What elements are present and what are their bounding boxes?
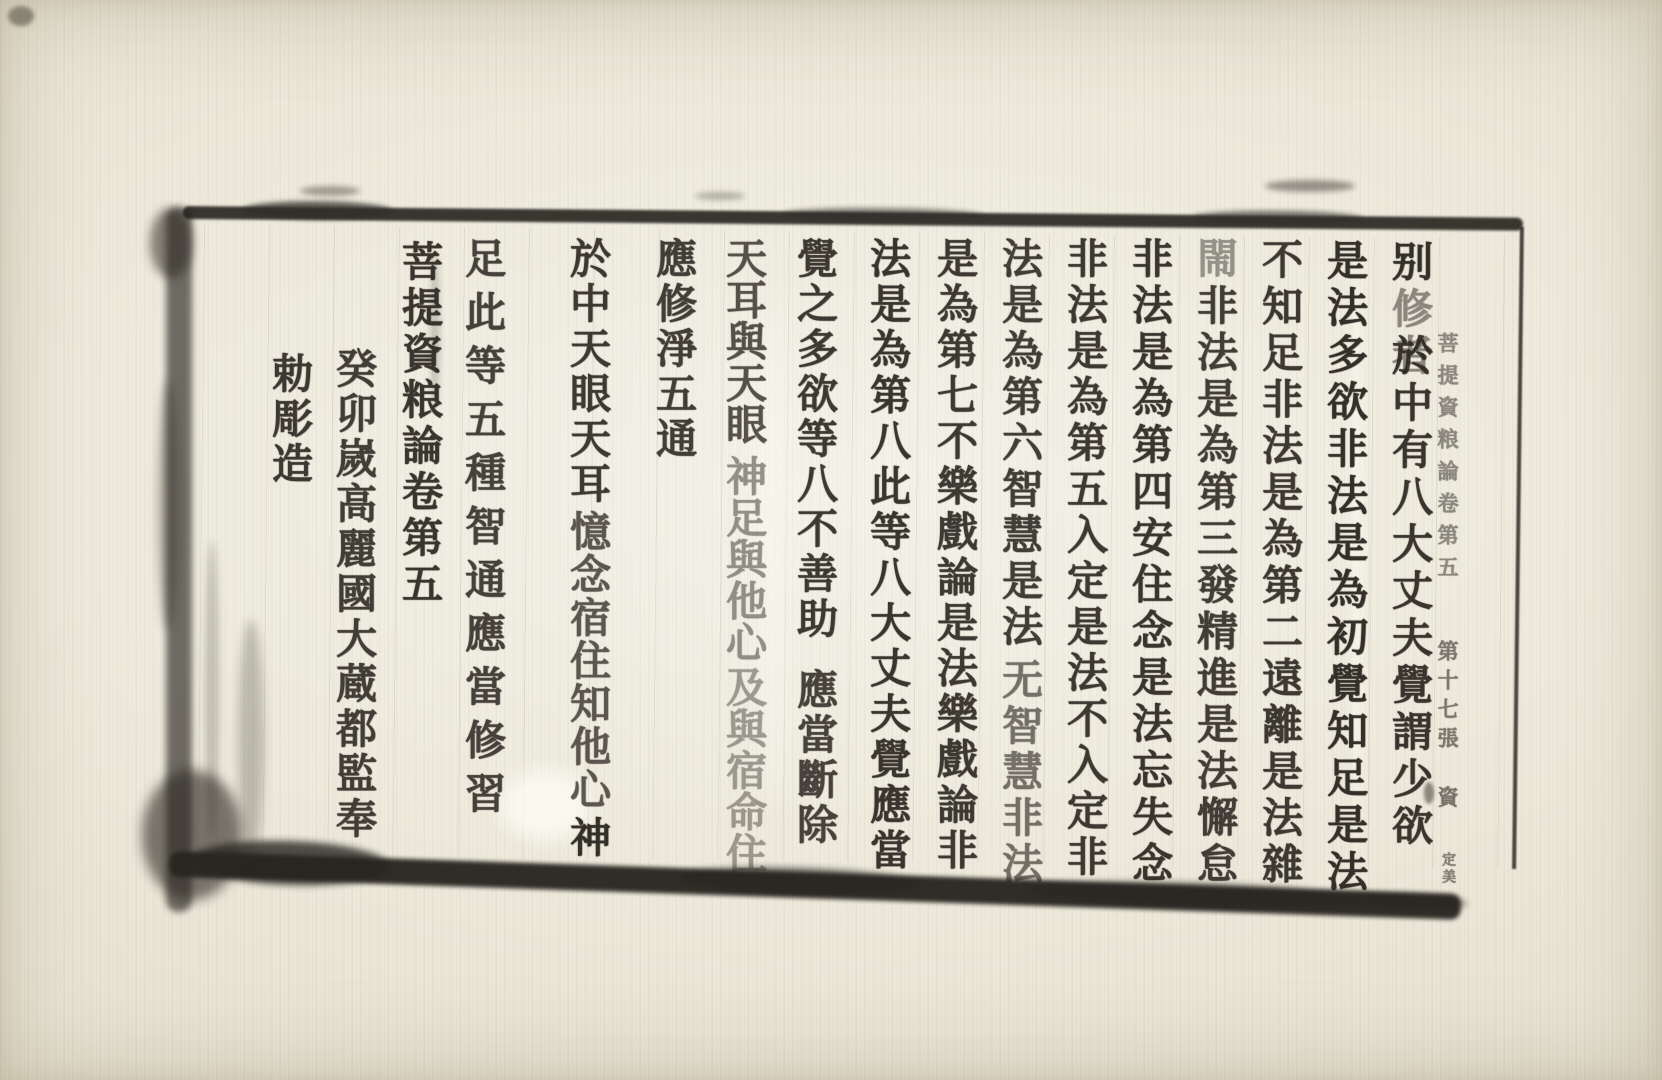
paper-crease <box>1352 240 1362 860</box>
main-column-7: 法是為第六智慧是法 <box>998 237 1039 651</box>
carver-mark: 定美 <box>1441 852 1455 886</box>
ink-blot <box>1193 210 1363 225</box>
ink-smudge <box>238 620 264 860</box>
paper-sheet: 菩提資粮論卷第五第十七張資定美别修者於中有八大丈夫覺謂少欲是法多欲非法是為初覺知… <box>0 0 1662 1080</box>
main-column-2: 是法多欲非法是為初覺知足是法 <box>1323 239 1364 897</box>
main-column-3: 不知足非法是為第二遠離是法雜 <box>1258 238 1299 889</box>
ink-blot <box>189 838 390 889</box>
main-column-1: 於中有八大丈夫覺謂少欲 <box>1388 334 1429 851</box>
paper-stain <box>500 770 590 840</box>
main-column-4: 非法是為第三發精進是法懈怠 <box>1193 284 1234 889</box>
paper-stain <box>760 300 786 800</box>
main-column-8: 是為第七不樂戲論是法樂戲論非 <box>933 237 974 874</box>
main-column-6: 非法是為第五入定是法不入定非 <box>1063 237 1104 881</box>
margin-note-case-character: 資 <box>1437 786 1458 815</box>
ink-smudge <box>1424 782 1434 804</box>
margin-note-sheet-number: 第十七張 <box>1437 640 1458 756</box>
ink-blot <box>1349 892 1467 911</box>
ink-blot <box>679 864 920 898</box>
main-column-13: 於中天眼天耳 <box>566 237 607 507</box>
ink-smudge <box>158 380 178 630</box>
ink-smudge <box>205 540 219 840</box>
print-frame-bottom-border <box>169 851 1461 920</box>
page-text-layer: 菩提資粮論卷第五第十七張資定美别修者於中有八大丈夫覺謂少欲是法多欲非法是為初覺知… <box>0 0 1662 1080</box>
main-column-11: 天耳與天眼 <box>722 237 763 445</box>
main-column-13: 憶念宿住知他心 <box>566 510 607 811</box>
main-column-13: 神 <box>566 816 607 859</box>
column-rule-lines <box>197 225 1514 869</box>
main-column-5: 非法是為第四安住念是法忘失念 <box>1128 237 1169 888</box>
print-frame-left-border <box>166 207 192 912</box>
main-column-11: 及與宿命住 <box>722 666 763 874</box>
ink-smudge <box>8 6 34 26</box>
end-title-column: 菩提資粮論卷第五 <box>398 240 439 608</box>
main-column-10: 應當斷除 <box>793 668 834 848</box>
ink-blot <box>1029 878 1360 913</box>
main-column-14: 足此等五種智通應當修習 <box>461 237 502 826</box>
ink-smudge <box>142 770 242 900</box>
ink-smudge <box>150 208 192 278</box>
main-column-11: 神足與他心 <box>722 455 763 663</box>
ink-blot <box>243 201 393 220</box>
colophon-column-1: 癸卯嵗高麗國大蔵都監奉 <box>332 347 373 842</box>
main-column-1: 修者 <box>1388 287 1429 381</box>
ink-smudge <box>695 192 745 200</box>
main-column-9: 法是為第八此等八大丈夫覺應當 <box>866 237 907 874</box>
main-column-10: 覺之多欲等八不善助 <box>793 237 834 642</box>
main-column-4: 閙 <box>1193 237 1234 284</box>
main-column-1: 别 <box>1388 240 1429 287</box>
margin-note-title: 菩提資粮論卷第五 <box>1437 332 1458 588</box>
print-frame-right-border <box>1512 227 1524 869</box>
ink-smudge <box>1265 180 1355 192</box>
colophon-column-2: 勅彫造 <box>268 352 309 487</box>
main-column-12: 應修淨五通 <box>652 237 693 462</box>
ink-smudge <box>300 186 360 196</box>
ink-blot <box>783 207 983 222</box>
print-frame-top-border <box>183 206 1523 231</box>
main-column-7: 无智慧非法 <box>998 658 1039 888</box>
ink-smudge <box>430 250 440 410</box>
